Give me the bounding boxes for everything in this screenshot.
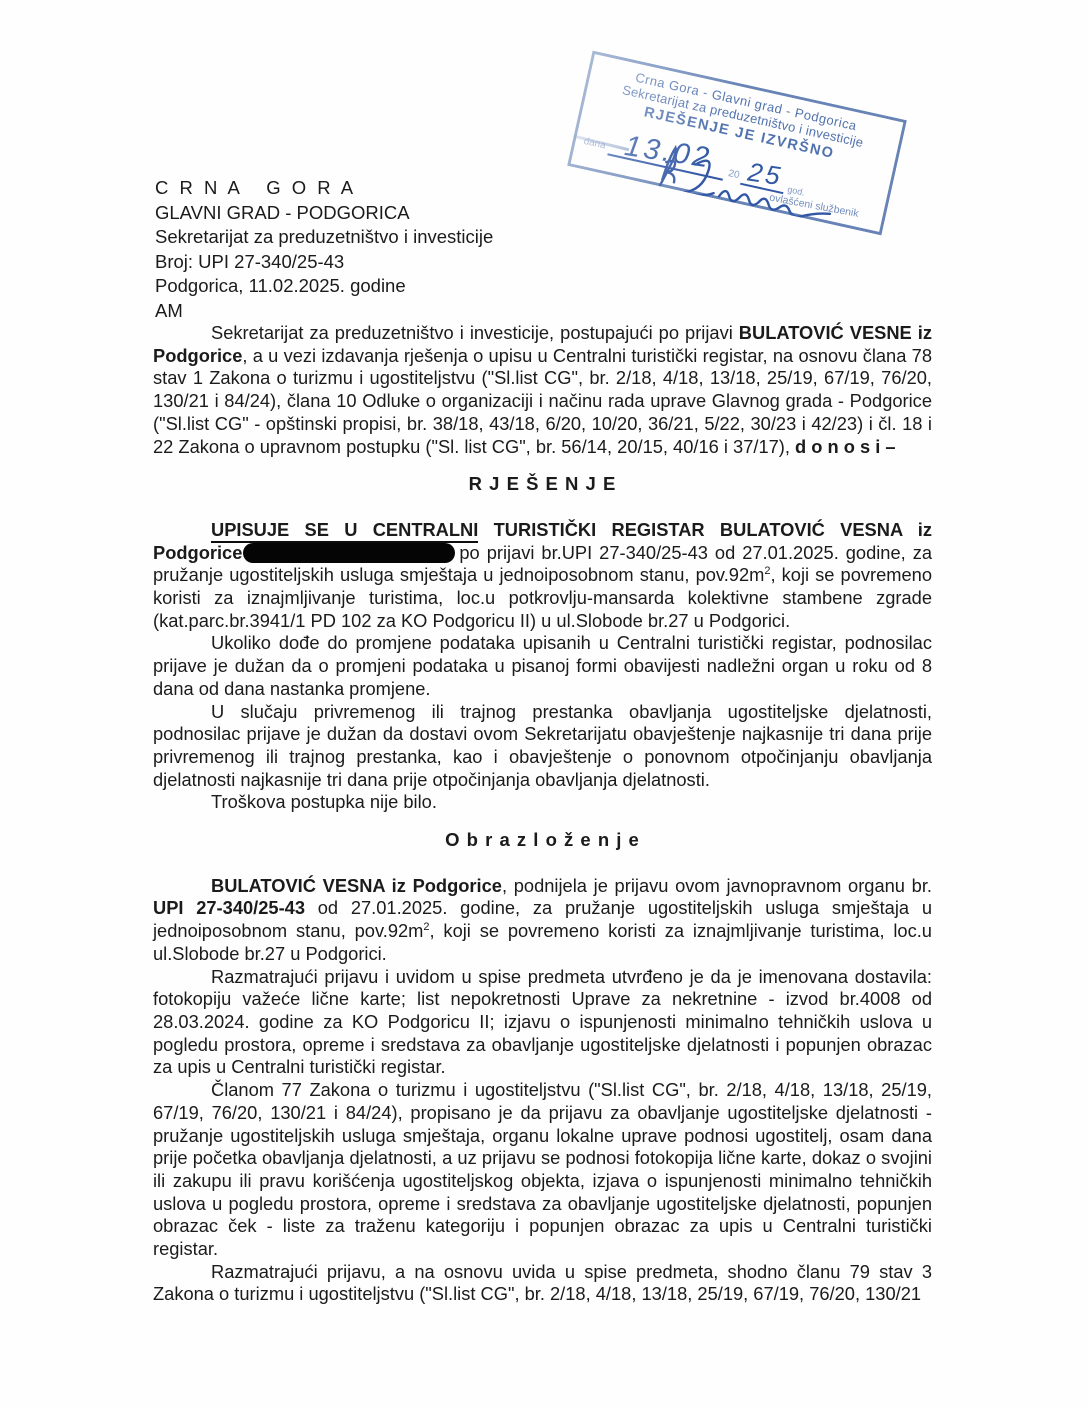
letterhead-city: GLAVNI GRAD - PODGORICA — [155, 201, 493, 226]
executive-stamp: Crna Gora - Glavni grad - Podgorica Sekr… — [567, 51, 907, 236]
decree-underlined-text: UPISUJE SE U CENTRALNI — [211, 519, 478, 543]
intro-paragraph: Sekretarijat za preduzetništvo i investi… — [153, 322, 932, 458]
explanation-text-1: , podnijela je prijavu ovom javnopravnom… — [502, 875, 932, 896]
handwritten-year: 25 — [746, 158, 784, 189]
intro-donosi: d o n o s i – — [795, 436, 896, 457]
explanation-heading: O b r a z l o ž e n j e — [153, 829, 932, 852]
letterhead: C R N A G O R A GLAVNI GRAD - PODGORICA … — [155, 176, 493, 323]
explanation-paragraph-2: Razmatrajući prijavu i uvidom u spise pr… — [153, 966, 932, 1080]
document-page: Crna Gora - Glavni grad - Podgorica Sekr… — [0, 0, 1088, 1408]
decree-paragraph-4: Troškova postupka nije bilo. — [153, 791, 932, 814]
letterhead-initials: AM — [155, 299, 493, 324]
document-body: Sekretarijat za preduzetništvo i investi… — [153, 322, 932, 1306]
explanation-paragraph-1: BULATOVIĆ VESNA iz Podgorice, podnijela … — [153, 875, 932, 966]
decree-paragraph-1: UPISUJE SE U CENTRALNI TURISTIČKI REGIST… — [153, 519, 932, 633]
explanation-paragraph-4: Razmatrajući prijavu, a na osnovu uvida … — [153, 1261, 932, 1306]
stamp-year-prefix: 20 — [727, 168, 741, 184]
explanation-applicant-name: BULATOVIĆ VESNA iz Podgorice — [211, 875, 502, 896]
decree-paragraph-3: U slučaju privremenog ili trajnog presta… — [153, 701, 932, 792]
stamp-border: Crna Gora - Glavni grad - Podgorica Sekr… — [567, 51, 907, 236]
letterhead-case-number: Broj: UPI 27-340/25-43 — [155, 250, 493, 275]
decision-heading: R J E Š E N J E — [153, 473, 932, 496]
letterhead-place-date: Podgorica, 11.02.2025. godine — [155, 274, 493, 299]
explanation-case-number: UPI 27-340/25-43 — [153, 897, 305, 918]
explanation-paragraph-3: Članom 77 Zakona o turizmu i ugostiteljs… — [153, 1079, 932, 1261]
redaction-bar — [243, 543, 455, 563]
intro-pre: Sekretarijat za preduzetništvo i investi… — [211, 322, 739, 343]
decree-paragraph-2: Ukoliko dođe do promjene podataka upisan… — [153, 632, 932, 700]
letterhead-country: C R N A G O R A — [155, 176, 493, 201]
letterhead-department: Sekretarijat za preduzetništvo i investi… — [155, 225, 493, 250]
